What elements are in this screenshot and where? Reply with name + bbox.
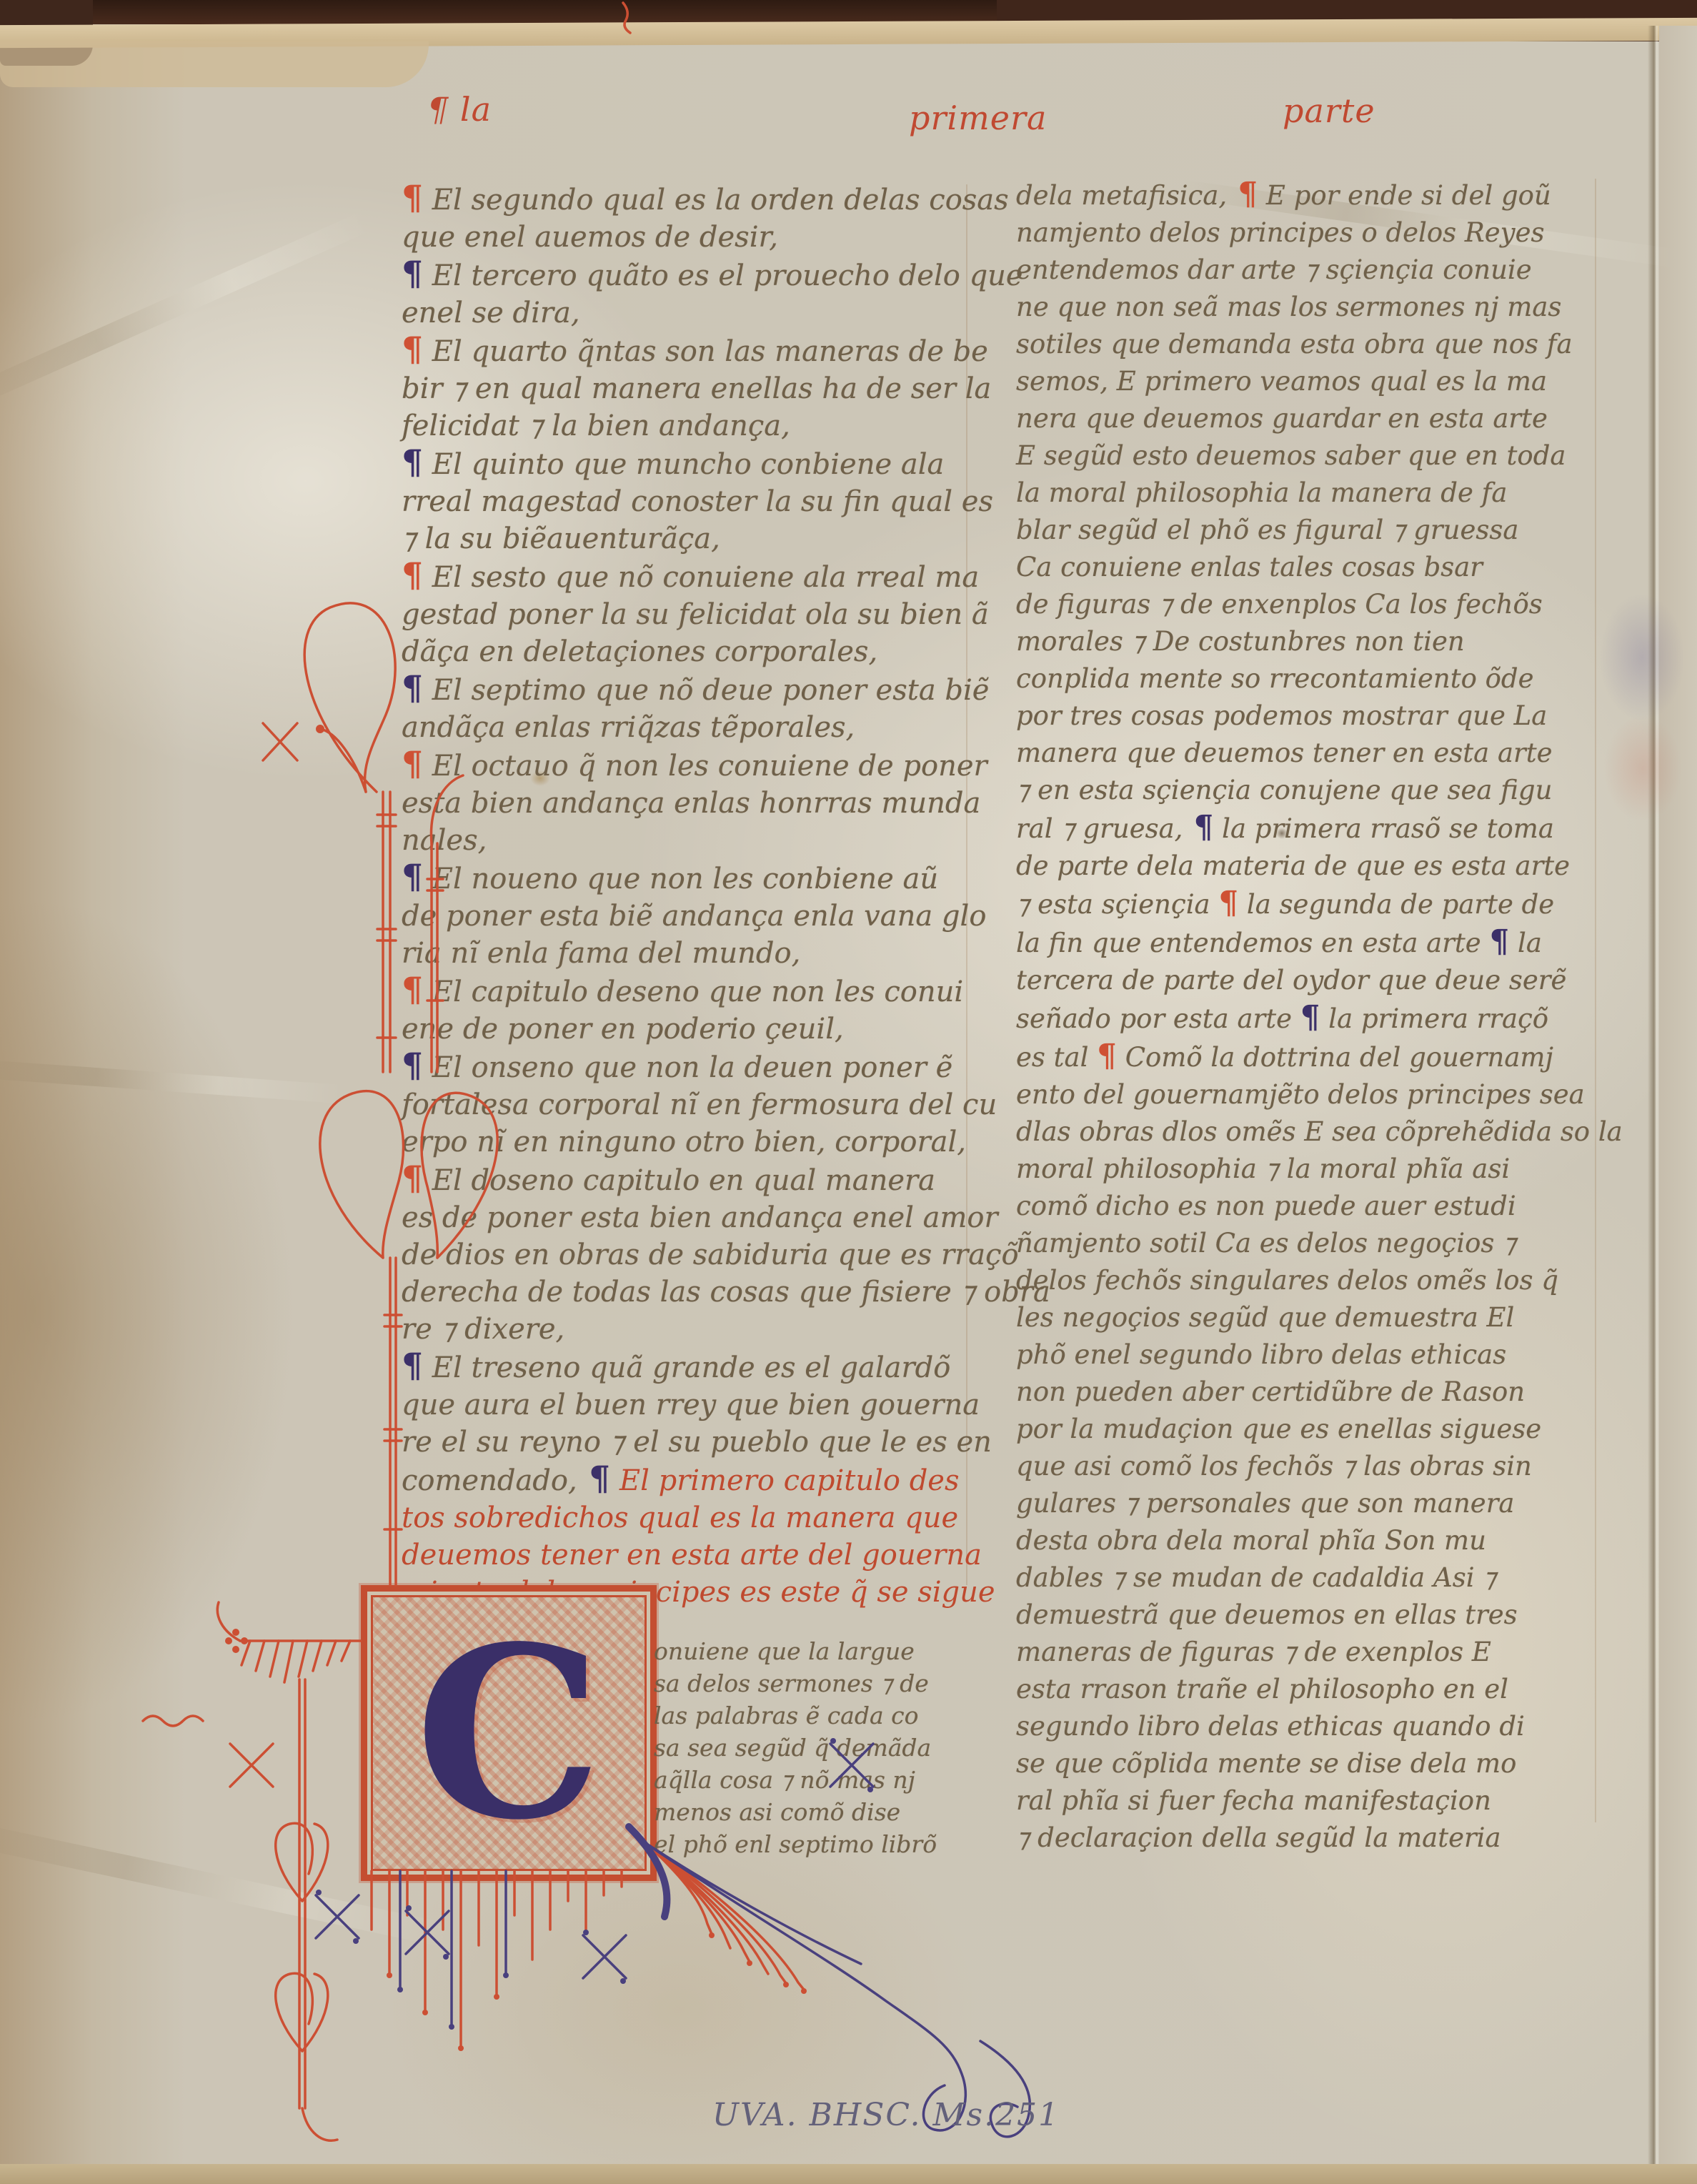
- text-line: dela metafisica, ¶ E por ende si del goũ: [1016, 176, 1598, 214]
- text-segment: entendemos dar arte ⁊ sçiençia conuie: [1016, 254, 1532, 285]
- text-segment: señado por esta arte: [1016, 1003, 1300, 1034]
- text-line: fortalesa corporal nĩ en fermosura del c…: [402, 1086, 977, 1123]
- text-line: re el su reyno ⁊ el su pueblo que le es …: [402, 1424, 977, 1461]
- text-segment: ⁊ la su biẽauenturãça,: [402, 522, 720, 555]
- text-line: morales ⁊ De costunbres non tien: [1016, 623, 1598, 660]
- text-line: demuestrã que deuemos en ellas tres: [1016, 1597, 1598, 1634]
- text-line: segundo libro delas ethicas quando di: [1016, 1708, 1598, 1745]
- text-line: Ca conuiene enlas tales cosas bsar: [1016, 549, 1598, 586]
- text-segment: ne que non seã mas los sermones nj mas: [1016, 292, 1561, 322]
- running-title-center: primera: [909, 99, 1047, 137]
- text-segment: Ca conuiene enlas tales cosas bsar: [1016, 552, 1483, 582]
- text-segment: ⁊ en esta sçiençia conujene que sea figu: [1016, 775, 1552, 805]
- text-line: E segũd esto deuemos saber que en toda: [1016, 437, 1598, 475]
- text-line: nales,: [402, 822, 977, 859]
- pilcrow-mark: ¶: [402, 1046, 423, 1086]
- ink-bleedthrough: [1603, 715, 1682, 822]
- text-segment: moral philosophia ⁊ la moral phĩa asi: [1016, 1153, 1510, 1184]
- text-segment: El segundo qual es la orden delas cosas: [423, 184, 1009, 217]
- text-line: re ⁊ dixere,: [402, 1311, 977, 1348]
- illuminated-initial-letter: C: [367, 1592, 650, 1875]
- text-segment: la segunda de parte de: [1238, 889, 1554, 920]
- text-segment: El doseno capitulo en qual manera: [423, 1164, 935, 1197]
- text-line: tercera de parte del oydor que deue serẽ: [1016, 962, 1598, 999]
- text-segment: semos, E primero veamos qual es la ma: [1016, 366, 1547, 397]
- text-segment: comõ dicho es non puede auer estudi: [1016, 1191, 1516, 1221]
- text-line: ⁊ declaraçion della segũd la materia: [1016, 1820, 1598, 1857]
- text-line: ⁊ la su biẽauenturãça,: [402, 520, 977, 557]
- text-segment: desta obra dela moral phĩa Son mu: [1016, 1525, 1486, 1556]
- next-page-edge: [1659, 26, 1697, 2167]
- text-line: ⁊ en esta sçiençia conujene que sea figu: [1016, 772, 1598, 809]
- text-line: dables ⁊ se mudan de cadaldia Asi ⁊: [1016, 1559, 1598, 1597]
- text-line: que asi comõ los fechõs ⁊ las obras sin: [1016, 1448, 1598, 1485]
- text-segment: gulares ⁊ personales que son manera: [1016, 1488, 1514, 1519]
- text-line: manera que deuemos tener en esta arte: [1016, 735, 1598, 772]
- text-line: desta obra dela moral phĩa Son mu: [1016, 1522, 1598, 1559]
- text-segment: morales ⁊ De costunbres non tien: [1016, 626, 1465, 657]
- pilcrow-mark: ¶: [402, 1346, 423, 1386]
- text-segment: ral phĩa si fuer fecha manifestaçion: [1016, 1785, 1491, 1816]
- text-line: el phõ enl septimo librõ: [654, 1828, 937, 1860]
- text-line: dlas obras dlos omẽs E sea cõprehẽdida s…: [1016, 1113, 1598, 1151]
- text-segment: El septimo que nõ deue poner esta biẽ: [423, 674, 989, 707]
- text-line: les negoçios segũd que demuestra El: [1016, 1299, 1598, 1336]
- text-segment: tercera de parte del oydor que deue serẽ: [1016, 965, 1566, 996]
- text-segment: namjento delos principes o delos Reyes: [1016, 217, 1544, 248]
- text-segment: es tal: [1016, 1042, 1097, 1073]
- text-line: esta rrason trañe el philosopho en el: [1016, 1671, 1598, 1708]
- text-segment: fortalesa corporal nĩ en fermosura del c…: [402, 1088, 997, 1121]
- text-line: comendado, ¶ El primero capitulo des: [402, 1461, 977, 1499]
- text-column-left: ¶ El segundo qual es la orden delas cosa…: [402, 180, 977, 1611]
- page-bottom-edge: [0, 2164, 1697, 2184]
- text-line: ral ⁊ gruesa, ¶ la primera rrasõ se toma: [1016, 809, 1598, 848]
- pilcrow-mark: ¶: [1300, 999, 1320, 1036]
- pilcrow-mark: ¶: [402, 1159, 423, 1198]
- text-segment: re el su reyno ⁊ el su pueblo que le es …: [402, 1426, 992, 1459]
- text-line: namjento delos principes o delos Reyes: [1016, 214, 1598, 252]
- text-line: ento del gouernamjẽto delos principes se…: [1016, 1076, 1598, 1113]
- text-line: ¶ El quinto que muncho conbiene ala: [402, 445, 977, 483]
- text-segment: El quarto q̃ntas son las maneras de be: [423, 335, 988, 368]
- text-line: ¶ El sesto que nõ conuiene ala rreal ma: [402, 557, 977, 596]
- text-line: onuiene que la largue: [654, 1635, 937, 1667]
- pilcrow-mark: ¶: [577, 1459, 610, 1499]
- text-line: la moral philosophia la manera de fa: [1016, 475, 1598, 512]
- text-line: las palabras ẽ cada co: [654, 1699, 937, 1732]
- text-line: la fin que entendemos en esta arte ¶ la: [1016, 923, 1598, 962]
- text-line: de poner esta biẽ andança enla vana glo: [402, 898, 977, 935]
- text-segment: esta bien andança enlas honrras munda: [402, 787, 980, 820]
- text-segment: sa sea segũd q̃ demãda: [654, 1734, 931, 1762]
- text-line: ¶ El segundo qual es la orden delas cosa…: [402, 180, 977, 219]
- text-line: tos sobredichos qual es la manera que: [402, 1499, 977, 1537]
- text-line: enel se dira,: [402, 294, 977, 332]
- text-segment: de poner esta biẽ andança enla vana glo: [402, 900, 986, 933]
- text-line: gestad poner la su felicidat ola su bien…: [402, 596, 977, 633]
- text-segment: les negoçios segũd que demuestra El: [1016, 1302, 1514, 1333]
- text-segment: erpo nĩ en ninguno otro bien, corporal,: [402, 1126, 966, 1158]
- pilcrow-mark: ¶: [402, 179, 423, 218]
- text-segment: se que cõplida mente se dise dela mo: [1016, 1748, 1516, 1779]
- text-line: delos fechõs singulares delos omẽs los q…: [1016, 1262, 1598, 1299]
- pilcrow-mark: ¶: [402, 254, 423, 294]
- text-segment: E segũd esto deuemos saber que en toda: [1016, 440, 1566, 471]
- text-line: ¶ El noueno que non les conbiene aũ: [402, 859, 977, 898]
- text-segment: ene de poner en poderio çeuil,: [402, 1013, 844, 1046]
- text-segment: gestad poner la su felicidat ola su bien…: [402, 598, 989, 631]
- text-segment: dela metafisica,: [1016, 180, 1227, 211]
- running-title-right: parte: [1283, 91, 1375, 130]
- text-segment: que enel auemos de desir,: [402, 221, 778, 254]
- text-segment: El primero capitulo des: [610, 1464, 959, 1497]
- library-shelfmark-caption: UVA. BHSC. Ms.251: [629, 2097, 1143, 2133]
- text-segment: la fin que entendemos en esta arte: [1016, 928, 1489, 958]
- text-segment: bir ⁊ en qual manera enellas ha de ser l…: [402, 372, 991, 405]
- text-line: conplida mente so rrecontamiento õde: [1016, 660, 1598, 698]
- text-segment: E por ende si del goũ: [1258, 180, 1551, 211]
- text-segment: es de poner esta bien andança enel amor: [402, 1201, 998, 1234]
- text-line: ¶ El treseno quã grande es el galardõ: [402, 1348, 977, 1386]
- text-segment: menos asi comõ dise: [654, 1798, 900, 1826]
- text-line: de parte dela materia de que es esta art…: [1016, 848, 1598, 885]
- text-line: es de poner esta bien andança enel amor: [402, 1199, 977, 1236]
- pilcrow-mark: ¶: [1218, 885, 1238, 921]
- illuminated-initial-panel: C: [361, 1585, 657, 1881]
- text-segment: esta rrason trañe el philosopho en el: [1016, 1674, 1508, 1704]
- text-segment: ⁊ esta sçiençia: [1016, 889, 1218, 920]
- text-segment: maneras de figuras ⁊ de exenplos E: [1016, 1637, 1491, 1667]
- text-segment: nera que deuemos guardar en esta arte: [1016, 403, 1548, 434]
- text-line: semos, E primero veamos qual es la ma: [1016, 363, 1598, 400]
- text-segment: El treseno quã grande es el galardõ: [423, 1351, 950, 1384]
- text-line: por la mudaçion que es enellas siguese: [1016, 1411, 1598, 1448]
- text-line: que enel auemos de desir,: [402, 219, 977, 256]
- text-line: sotiles que demanda esta obra que nos fa: [1016, 326, 1598, 363]
- text-line: ene de poner en poderio çeuil,: [402, 1011, 977, 1048]
- parchment-wrinkle: [0, 1059, 343, 1103]
- text-segment: dãça en deletaçiones corporales,: [402, 635, 877, 668]
- text-line: aq̃lla cosa ⁊ nõ mas nj: [654, 1764, 937, 1796]
- text-line: non pueden aber certidũbre de Rason: [1016, 1374, 1598, 1411]
- text-segment: ral ⁊ gruesa,: [1016, 813, 1183, 844]
- text-line: ria nĩ enla fama del mundo,: [402, 935, 977, 972]
- text-segment: felicidat ⁊ la bien andança,: [402, 409, 790, 442]
- text-segment: nales,: [402, 824, 487, 857]
- text-line: por tres cosas podemos mostrar que La: [1016, 698, 1598, 735]
- text-line: sa delos sermones ⁊ de: [654, 1667, 937, 1699]
- text-line: ¶ El capitulo deseno que non les conui: [402, 972, 977, 1011]
- text-segment: comendado,: [402, 1464, 577, 1497]
- text-line: rreal magestad conoster la su fin qual e…: [402, 483, 977, 520]
- text-line: blar segũd el phõ es figural ⁊ gruessa: [1016, 512, 1598, 549]
- manuscript-page: ¶ la primera parte ¶ El segundo qual es …: [0, 0, 1697, 2184]
- text-segment: El onseno que non la deuen poner ẽ: [423, 1051, 952, 1084]
- text-segment: derecha de todas las cosas que fisiere ⁊…: [402, 1276, 1050, 1309]
- text-segment: segundo libro delas ethicas quando di: [1016, 1711, 1525, 1742]
- text-line: comõ dicho es non puede auer estudi: [1016, 1188, 1598, 1225]
- text-line: deuemos tener en esta arte del gouerna: [402, 1537, 977, 1574]
- text-line: esta bien andança enlas honrras munda: [402, 785, 977, 822]
- text-segment: andãça enlas rriq̃zas tẽporales,: [402, 711, 855, 744]
- text-line: menos asi comõ dise: [654, 1796, 937, 1828]
- text-line: sa sea segũd q̃ demãda: [654, 1732, 937, 1764]
- underlying-page-edge-left: [0, 41, 429, 87]
- text-segment: El noueno que non les conbiene aũ: [423, 863, 938, 895]
- text-line: ¶ El octauo q̃ non les conuiene de poner: [402, 746, 977, 785]
- text-line: derecha de todas las cosas que fisiere ⁊…: [402, 1274, 977, 1311]
- text-line: erpo nĩ en ninguno otro bien, corporal,: [402, 1123, 977, 1161]
- text-segment: delos fechõs singulares delos omẽs los q…: [1016, 1265, 1558, 1296]
- text-segment: onuiene que la largue: [654, 1637, 915, 1665]
- initial-paragraph-lines: onuiene que la larguesa delos sermones ⁊…: [654, 1635, 937, 1860]
- text-segment: la: [1509, 928, 1542, 958]
- ink-bleedthrough: [1599, 593, 1685, 722]
- text-line: ¶ El septimo que nõ deue poner esta biẽ: [402, 670, 977, 709]
- text-segment: el phõ enl septimo librõ: [654, 1830, 937, 1858]
- text-segment: por tres cosas podemos mostrar que La: [1016, 700, 1547, 731]
- text-segment: por la mudaçion que es enellas siguese: [1016, 1414, 1541, 1444]
- text-segment: dlas obras dlos omẽs E sea cõprehẽdida s…: [1016, 1116, 1623, 1147]
- text-line: ⁊ esta sçiençia ¶ la segunda de parte de: [1016, 885, 1598, 923]
- text-segment: phõ enel segundo libro delas ethicas: [1016, 1339, 1506, 1370]
- pilcrow-mark: ¶: [1489, 923, 1509, 960]
- pilcrow-mark: ¶: [1183, 809, 1213, 845]
- text-segment: sa delos sermones ⁊ de: [654, 1669, 929, 1697]
- pilcrow-mark: ¶: [402, 971, 423, 1010]
- text-segment: aq̃lla cosa ⁊ nõ mas nj: [654, 1766, 915, 1794]
- text-line: bir ⁊ en qual manera enellas ha de ser l…: [402, 370, 977, 407]
- text-line: ral phĩa si fuer fecha manifestaçion: [1016, 1782, 1598, 1820]
- text-line: moral philosophia ⁊ la moral phĩa asi: [1016, 1151, 1598, 1188]
- text-segment: las palabras ẽ cada co: [654, 1702, 919, 1729]
- text-line: ñamjento sotil Ca es delos negoçios ⁊: [1016, 1225, 1598, 1262]
- text-segment: de figuras ⁊ de enxenplos Ca los fechõs: [1016, 589, 1543, 620]
- parchment-wrinkle: [0, 211, 371, 411]
- text-line: ¶ El onseno que non la deuen poner ẽ: [402, 1048, 977, 1086]
- page-fold-crease: [1648, 26, 1659, 2167]
- text-segment: la primera rraçõ: [1320, 1003, 1549, 1034]
- text-segment: demuestrã que deuemos en ellas tres: [1016, 1599, 1518, 1630]
- text-segment: El quinto que muncho conbiene ala: [423, 448, 944, 481]
- text-segment: ria nĩ enla fama del mundo,: [402, 937, 800, 970]
- text-line: ne que non seã mas los sermones nj mas: [1016, 289, 1598, 326]
- text-line: phõ enel segundo libro delas ethicas: [1016, 1336, 1598, 1374]
- pilcrow-mark: ¶: [402, 443, 423, 482]
- text-line: de dios en obras de sabiduria que es rra…: [402, 1236, 977, 1274]
- text-segment: de dios en obras de sabiduria que es rra…: [402, 1239, 1019, 1271]
- text-segment: manera que deuemos tener en esta arte: [1016, 738, 1552, 768]
- text-line: dãça en deletaçiones corporales,: [402, 633, 977, 670]
- pilcrow-mark: ¶: [402, 330, 423, 369]
- text-segment: El capitulo deseno que non les conui: [423, 976, 963, 1008]
- text-segment: re ⁊ dixere,: [402, 1313, 564, 1346]
- text-segment: enel se dira,: [402, 297, 580, 329]
- text-line: señado por esta arte ¶ la primera rraçõ: [1016, 999, 1598, 1038]
- text-column-right: dela metafisica, ¶ E por ende si del goũ…: [1016, 176, 1598, 1857]
- text-segment: non pueden aber certidũbre de Rason: [1016, 1376, 1525, 1407]
- pilcrow-mark: ¶: [1097, 1038, 1117, 1074]
- text-line: nera que deuemos guardar en esta arte: [1016, 400, 1598, 437]
- text-segment: rreal magestad conoster la su fin qual e…: [402, 485, 993, 518]
- text-segment: El tercero quãto es el prouecho delo que: [423, 259, 1023, 292]
- text-line: que aura el buen rrey que bien gouerna: [402, 1386, 977, 1424]
- text-line: andãça enlas rriq̃zas tẽporales,: [402, 709, 977, 746]
- text-segment: de parte dela materia de que es esta art…: [1016, 850, 1570, 881]
- text-line: ¶ El tercero quãto es el prouecho delo q…: [402, 256, 977, 294]
- text-segment: que asi comõ los fechõs ⁊ las obras sin: [1016, 1451, 1532, 1481]
- text-line: felicidat ⁊ la bien andança,: [402, 407, 977, 445]
- pilcrow-mark: ¶: [1227, 176, 1258, 212]
- text-segment: El sesto que nõ conuiene ala rreal ma: [423, 561, 979, 594]
- text-segment: deuemos tener en esta arte del gouerna: [402, 1539, 982, 1572]
- running-title-left: ¶ la: [427, 90, 492, 129]
- pilcrow-mark: ¶: [402, 669, 423, 708]
- text-segment: dables ⁊ se mudan de cadaldia Asi ⁊: [1016, 1562, 1496, 1593]
- text-line: entendemos dar arte ⁊ sçiençia conuie: [1016, 252, 1598, 289]
- text-line: gulares ⁊ personales que son manera: [1016, 1485, 1598, 1522]
- pilcrow-mark: ¶: [402, 556, 423, 595]
- text-line: maneras de figuras ⁊ de exenplos E: [1016, 1634, 1598, 1671]
- text-segment: conplida mente so rrecontamiento õde: [1016, 663, 1533, 694]
- pilcrow-mark: ¶: [402, 858, 423, 897]
- text-segment: Comõ la dottrina del gouernamj: [1117, 1042, 1553, 1073]
- text-line: se que cõplida mente se dise dela mo: [1016, 1745, 1598, 1782]
- text-segment: tos sobredichos qual es la manera que: [402, 1501, 958, 1534]
- text-segment: ⁊ declaraçion della segũd la materia: [1016, 1822, 1501, 1853]
- text-segment: la primera rrasõ se toma: [1213, 813, 1554, 844]
- text-segment: que aura el buen rrey que bien gouerna: [402, 1389, 980, 1421]
- text-segment: blar segũd el phõ es figural ⁊ gruessa: [1016, 515, 1518, 545]
- text-line: es tal ¶ Comõ la dottrina del gouernamj: [1016, 1038, 1598, 1076]
- text-segment: ñamjento sotil Ca es delos negoçios ⁊: [1016, 1228, 1516, 1259]
- text-segment: sotiles que demanda esta obra que nos fa: [1016, 329, 1573, 359]
- text-line: de figuras ⁊ de enxenplos Ca los fechõs: [1016, 586, 1598, 623]
- text-segment: ento del gouernamjẽto delos principes se…: [1016, 1079, 1585, 1110]
- pilcrow-mark: ¶: [402, 745, 423, 784]
- text-segment: El octauo q̃ non les conuiene de poner: [423, 750, 987, 783]
- text-line: ¶ El quarto q̃ntas son las maneras de be: [402, 332, 977, 370]
- text-segment: la moral philosophia la manera de fa: [1016, 477, 1507, 508]
- text-line: ¶ El doseno capitulo en qual manera: [402, 1161, 977, 1199]
